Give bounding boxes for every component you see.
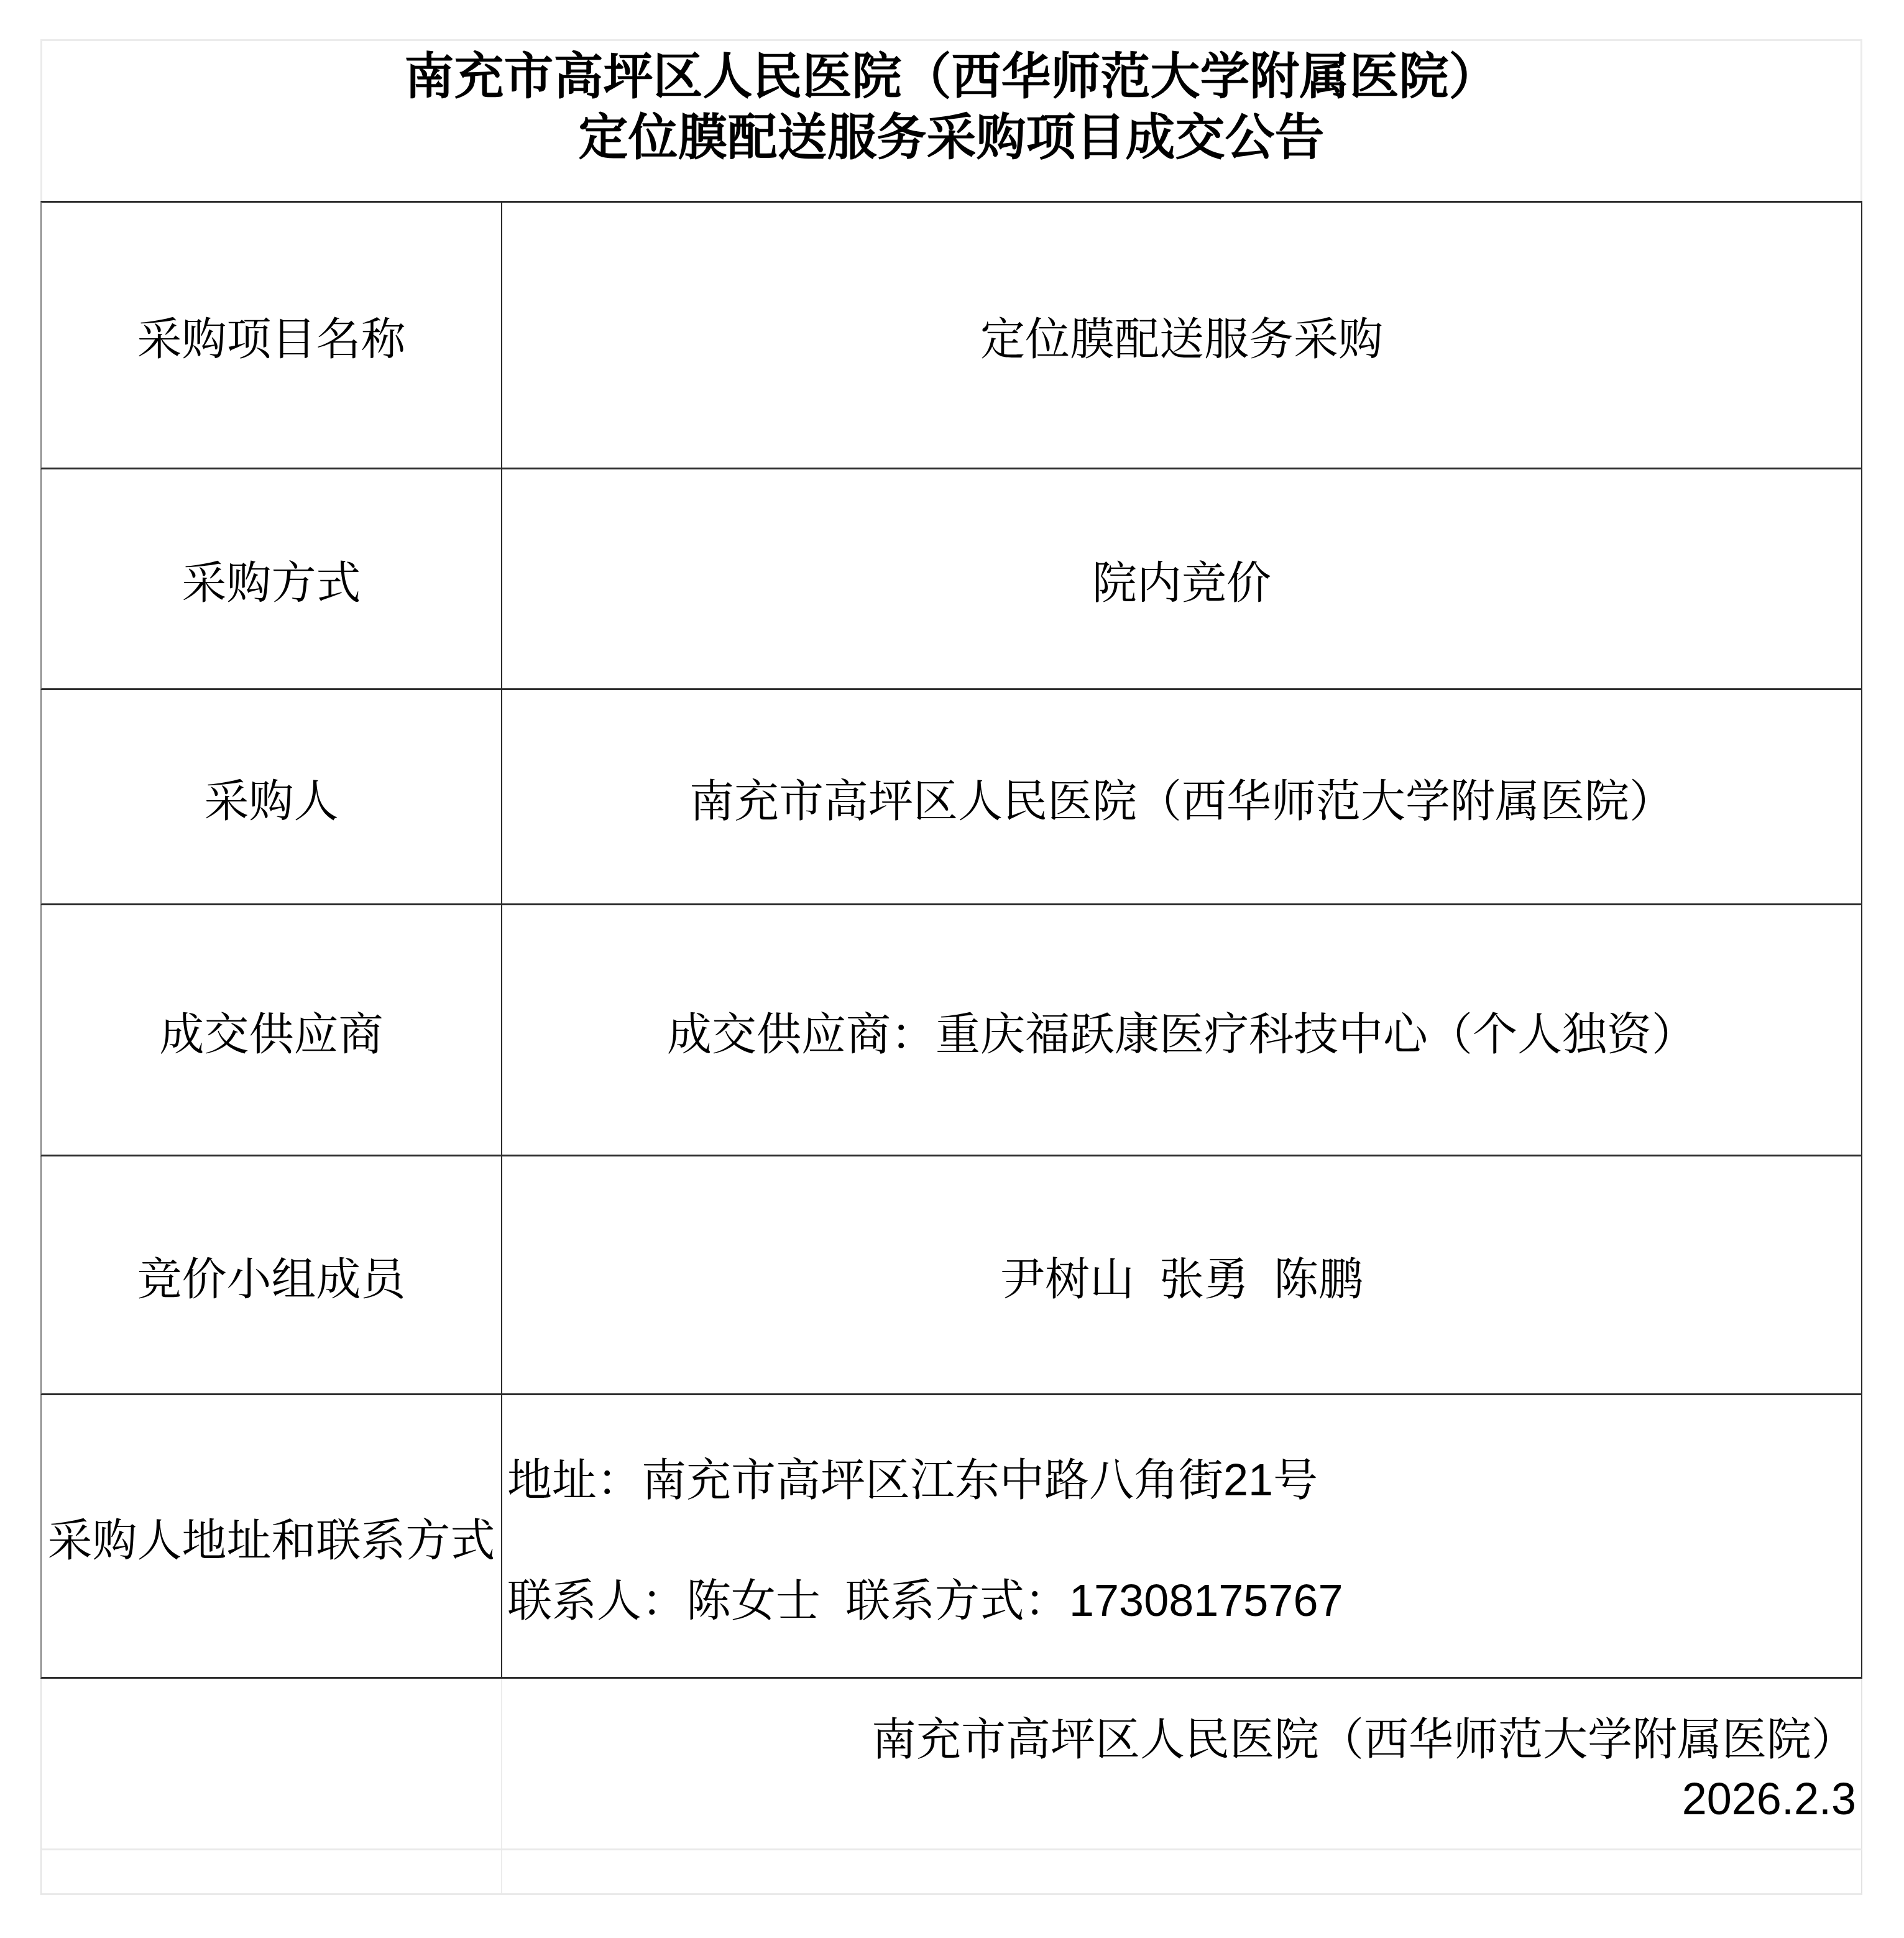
- table-row-procurement-method: 采购方式 院内竞价: [40, 469, 1862, 690]
- page-title-line1: 南充市高坪区人民医院（西华师范大学附属医院）: [405, 46, 1499, 107]
- signature-cell: 南充市高坪区人民医院（西华师范大学附属医院） 2026.2.3: [502, 1679, 1861, 1848]
- announcement-page: 南充市高坪区人民医院（西华师范大学附属医院） 定位膜配送服务采购项目成交公告 采…: [0, 0, 1904, 1938]
- row-value: 地址：南充市高坪区江东中路八角街21号 联系人：陈女士 联系方式：1730817…: [502, 1395, 1861, 1677]
- row-label-empty: [42, 1850, 502, 1893]
- table-row-signature: 南充市高坪区人民医院（西华师范大学附属医院） 2026.2.3: [40, 1679, 1862, 1850]
- signature-date: 2026.2.3: [1682, 1774, 1856, 1825]
- table-row-winning-supplier: 成交供应商 成交供应商：重庆福跃康医疗科技中心（个人独资）: [40, 905, 1862, 1156]
- table-row-address-contact: 采购人地址和联系方式 地址：南充市高坪区江东中路八角街21号 联系人：陈女士 联…: [40, 1395, 1862, 1679]
- row-value-empty: [502, 1850, 1861, 1893]
- table-row-bidding-group: 竞价小组成员 尹树山 张勇 陈鹏: [40, 1156, 1862, 1395]
- announcement-table: 南充市高坪区人民医院（西华师范大学附属医院） 定位膜配送服务采购项目成交公告 采…: [40, 39, 1862, 1895]
- address-line: 地址：南充市高坪区江东中路八角街21号: [507, 1444, 1318, 1508]
- row-label: 采购人地址和联系方式: [42, 1395, 502, 1677]
- row-label: 成交供应商: [42, 905, 502, 1155]
- signature-org: 南充市高坪区人民医院（西华师范大学附属医院）: [872, 1703, 1856, 1768]
- page-title-line2: 定位膜配送服务采购项目成交公告: [579, 107, 1325, 168]
- table-row-project-name: 采购项目名称 定位膜配送服务采购: [40, 201, 1862, 469]
- title-block: 南充市高坪区人民医院（西华师范大学附属医院） 定位膜配送服务采购项目成交公告: [40, 39, 1862, 201]
- contact-line: 联系人：陈女士 联系方式：17308175767: [507, 1564, 1343, 1629]
- table-row-empty: [40, 1850, 1862, 1895]
- row-label: 竞价小组成员: [42, 1156, 502, 1393]
- table-row-purchaser: 采购人 南充市高坪区人民医院（西华师范大学附属医院）: [40, 690, 1862, 905]
- row-label: 采购方式: [42, 469, 502, 688]
- row-label-empty: [42, 1679, 502, 1848]
- row-label: 采购项目名称: [42, 203, 502, 468]
- row-value: 定位膜配送服务采购: [502, 203, 1861, 468]
- row-value: 尹树山 张勇 陈鹏: [502, 1156, 1861, 1393]
- row-value: 院内竞价: [502, 469, 1861, 688]
- row-value: 成交供应商：重庆福跃康医疗科技中心（个人独资）: [502, 905, 1861, 1155]
- row-value: 南充市高坪区人民医院（西华师范大学附属医院）: [502, 690, 1861, 903]
- row-label: 采购人: [42, 690, 502, 903]
